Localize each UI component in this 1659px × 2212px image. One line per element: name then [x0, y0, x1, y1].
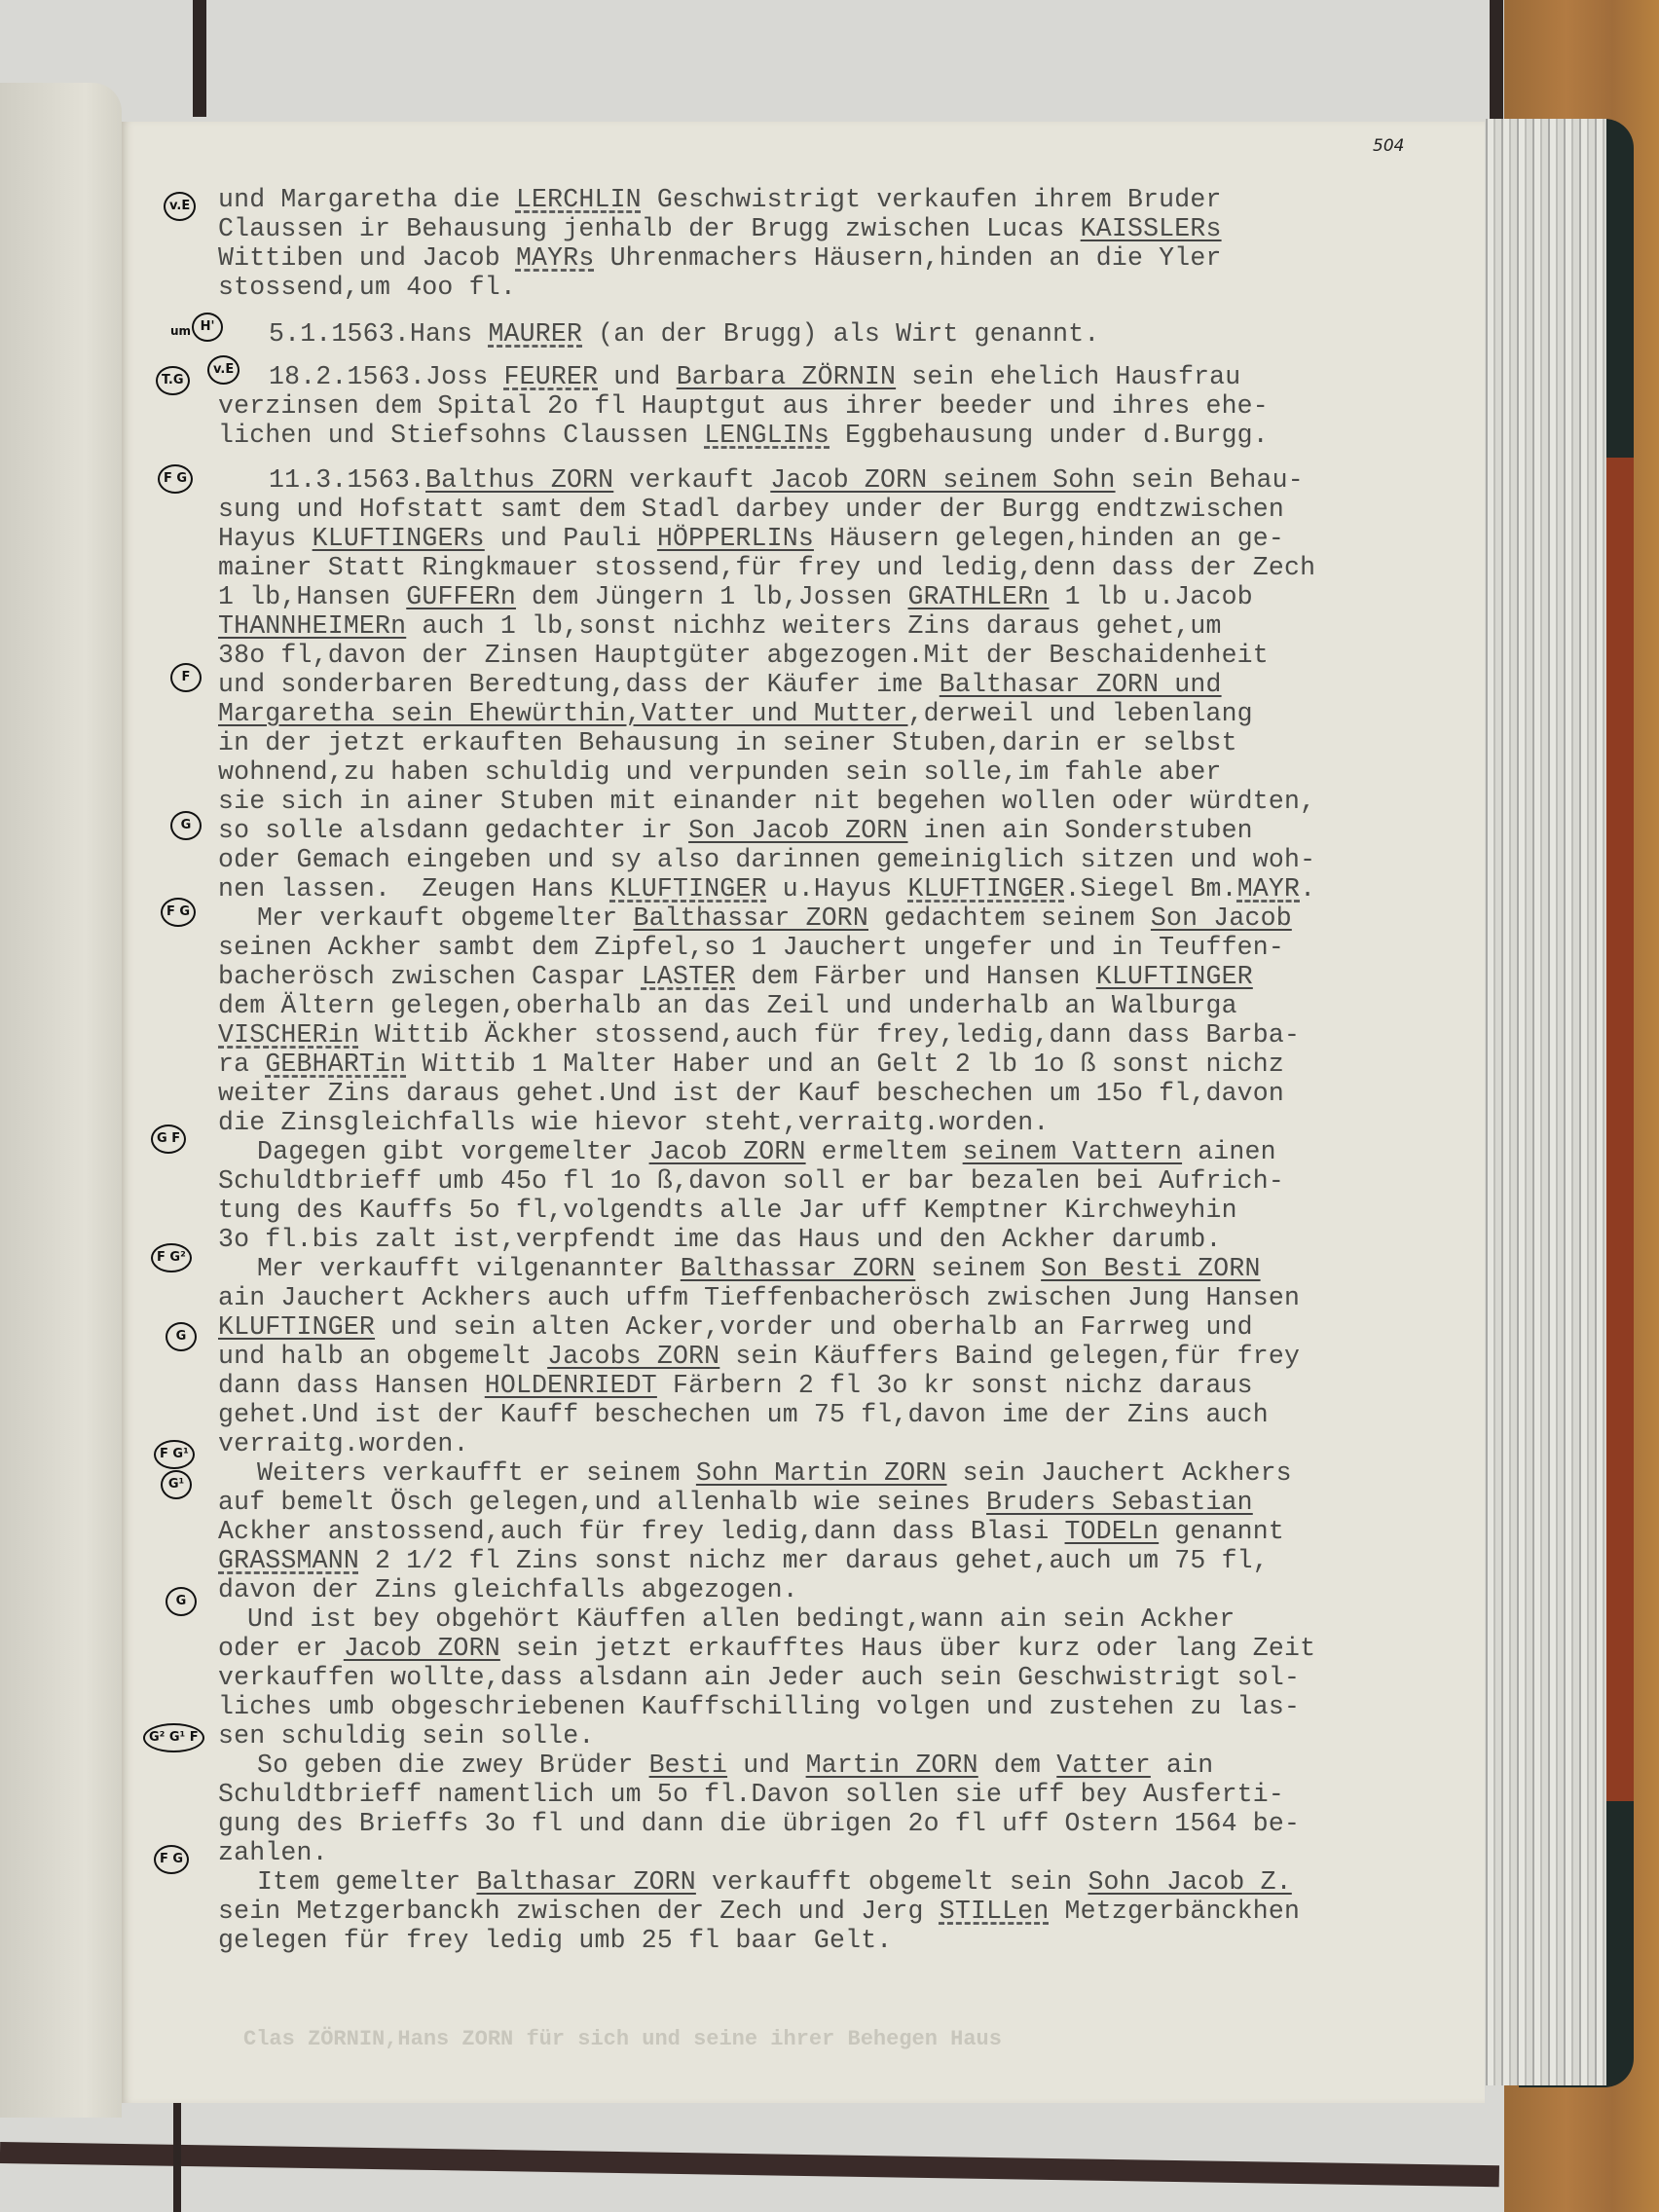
text-segment: Hayus: [218, 524, 313, 553]
underlined-name: Vatter: [1056, 1751, 1151, 1780]
text-segment: sein ehelich Hausfrau: [896, 362, 1240, 391]
underlined-name: THANNHEIMERn: [218, 611, 406, 641]
margin-annotation-mark: G F: [151, 1124, 186, 1154]
underlined-name: Besti: [649, 1751, 728, 1780]
text-segment: mainer Statt Ringkmauer stossend,für fre…: [218, 553, 1315, 582]
text-line: seinen Ackher sambt dem Zipfel,so 1 Jauc…: [218, 933, 1284, 962]
text-line: VISCHERin Wittib Äckher stossend,auch fü…: [218, 1020, 1300, 1050]
text-line: bacherösch zwischen Caspar LASTER dem Fä…: [218, 962, 1253, 991]
text-segment: ra: [218, 1050, 265, 1079]
book-cover-spine-label: [1606, 458, 1634, 1801]
text-segment: Und ist bey obgehört Käuffen allen bedin…: [247, 1604, 1235, 1634]
text-line: oder Gemach eingeben und sy also darinne…: [218, 845, 1315, 874]
left-page: [0, 83, 122, 2118]
text-line: sie sich in ainer Stuben mit einander ni…: [218, 787, 1315, 816]
text-line: 5.1.1563.Hans MAURER (an der Brugg) als …: [269, 319, 1099, 349]
margin-annotation-mark: F: [170, 663, 202, 692]
page-stack-edge: [1480, 119, 1606, 2085]
underlined-name: Martin ZORN: [806, 1751, 978, 1780]
text-segment: verzinsen dem Spital 2o fl Hauptgut aus …: [218, 391, 1269, 421]
text-segment: die Zinsgleichfalls wie hievor steht,ver…: [218, 1108, 1049, 1137]
text-line: stossend,um 4oo fl.: [218, 273, 516, 302]
text-line: Dagegen gibt vorgemelter Jacob ZORN erme…: [257, 1137, 1276, 1166]
margin-annotation-mark: F G¹: [154, 1440, 195, 1469]
underlined-name: Son Jacob: [1151, 903, 1292, 933]
underlined-name: Balthasar ZORN: [476, 1867, 695, 1897]
text-line: ain Jauchert Ackhers auch uffm Tieffenba…: [218, 1283, 1300, 1312]
text-line: Claussen ir Behausung jenhalb der Brugg …: [218, 214, 1222, 243]
text-segment: 3o fl.bis zalt ist,verpfendt ime das Hau…: [218, 1225, 1222, 1254]
text-line: 38o fl,davon der Zinsen Hauptgüter abgez…: [218, 641, 1269, 670]
text-segment: Ackher anstossend,auch für frey ledig,da…: [218, 1517, 1065, 1546]
underlined-name: TODELn: [1065, 1517, 1160, 1546]
text-line: Margaretha sein Ehewürthin,Vatter und Mu…: [218, 699, 1253, 728]
text-line: verkauffen wollte,dass alsdann ain Jeder…: [218, 1663, 1300, 1692]
text-line: Item gemelter Balthasar ZORN verkaufft o…: [257, 1867, 1292, 1897]
text-line: 18.2.1563.Joss FEURER und Barbara ZÖRNIN…: [269, 362, 1240, 391]
text-segment: bacherösch zwischen Caspar: [218, 962, 642, 991]
tile-grout: [193, 0, 206, 117]
underlined-name: Sohn Jacob Z.: [1088, 1867, 1291, 1897]
text-line: auf bemelt Ösch gelegen,und allenhalb wi…: [218, 1488, 1253, 1517]
margin-annotation-mark: G² G¹ F: [143, 1723, 204, 1752]
bleed-through-text: Clas ZÖRNIN,Hans ZORN für sich und seine…: [243, 2027, 1460, 2054]
underlined-name: GUFFERn: [406, 582, 516, 611]
text-line: Ackher anstossend,auch für frey ledig,da…: [218, 1517, 1284, 1546]
text-segment: 38o fl,davon der Zinsen Hauptgüter abgez…: [218, 641, 1269, 670]
tile-grout: [1490, 0, 1503, 127]
text-line: nen lassen. Zeugen Hans KLUFTINGER u.Hay…: [218, 874, 1315, 903]
text-segment: ermeltem: [806, 1137, 963, 1166]
text-segment: weiter Zins daraus gehet.Und ist der Kau…: [218, 1079, 1284, 1108]
margin-annotation-mark: F G: [154, 1845, 189, 1874]
underlined-name: Jacobs ZORN: [547, 1342, 719, 1371]
text-segment: Wittib Äckher stossend,auch für frey,led…: [359, 1020, 1300, 1050]
text-line: gelegen für frey ledig umb 25 fl baar Ge…: [218, 1926, 892, 1955]
underlined-name: Balthus ZORN: [425, 465, 613, 495]
margin-annotation-mark: G: [166, 1587, 197, 1616]
text-segment: und sein alten Acker,vorder und oberhalb…: [375, 1312, 1253, 1342]
underlined-name: FEURER: [504, 362, 599, 391]
underlined-name: Son Besti ZORN: [1041, 1254, 1260, 1283]
margin-annotation-mark: v.E: [207, 355, 240, 385]
text-line: 3o fl.bis zalt ist,verpfendt ime das Hau…: [218, 1225, 1222, 1254]
text-line: sein Metzgerbanckh zwischen der Zech und…: [218, 1897, 1300, 1926]
text-line: Weiters verkaufft er seinem Sohn Martin …: [257, 1458, 1292, 1488]
text-segment: sein Käuffers Baind gelegen,für frey: [719, 1342, 1300, 1371]
text-segment: oder er: [218, 1634, 344, 1663]
text-line: gung des Brieffs 3o fl und dann die übri…: [218, 1809, 1300, 1838]
text-line: weiter Zins daraus gehet.Und ist der Kau…: [218, 1079, 1284, 1108]
text-segment: Geschwistrigt verkaufen ihrem Bruder: [642, 185, 1222, 214]
text-segment: gedachtem seinem: [868, 903, 1151, 933]
text-segment: 18.2.1563.Joss: [269, 362, 504, 391]
underlined-name: HÖPPERLINs: [657, 524, 814, 553]
text-segment: und sonderbaren Beredtung,dass der Käufe…: [218, 670, 940, 699]
text-segment: seinem: [915, 1254, 1041, 1283]
text-segment: .Siegel Bm.: [1065, 874, 1237, 903]
text-segment: dann dass Hansen: [218, 1371, 485, 1400]
text-segment: (an der Brugg) als Wirt genannt.: [582, 319, 1099, 349]
text-line: sung und Hofstatt samt dem Stadl darbey …: [218, 495, 1284, 524]
text-segment: tung des Kauffs 5o fl,volgendts alle Jar…: [218, 1196, 1237, 1225]
underlined-name: Balthassar ZORN: [681, 1254, 916, 1283]
text-segment: sein jetzt erkaufftes Haus über kurz ode…: [500, 1634, 1315, 1663]
text-line: und halb an obgemelt Jacobs ZORN sein Kä…: [218, 1342, 1300, 1371]
text-line: gehet.Und ist der Kauff beschechen um 75…: [218, 1400, 1269, 1429]
underlined-name: GRATHLERn: [908, 582, 1050, 611]
text-segment: verraitg.worden.: [218, 1429, 469, 1458]
text-segment: .: [1300, 874, 1315, 903]
margin-annotation-mark: F G: [158, 464, 193, 494]
text-segment: Häusern gelegen,hinden an ge-: [814, 524, 1284, 553]
underlined-name: KLUFTINGER: [908, 874, 1065, 903]
text-segment: 1 lb,Hansen: [218, 582, 406, 611]
underlined-name: HOLDENRIEDT: [485, 1371, 657, 1400]
text-segment: Claussen ir Behausung jenhalb der Brugg …: [218, 214, 1081, 243]
text-line: Mer verkaufft vilgenannter Balthassar ZO…: [257, 1254, 1261, 1283]
text-line: KLUFTINGER und sein alten Acker,vorder u…: [218, 1312, 1253, 1342]
text-segment: so solle alsdann gedachter ir: [218, 816, 688, 845]
underlined-name: MAYR: [1237, 874, 1300, 903]
text-segment: Weiters verkaufft er seinem: [257, 1458, 696, 1488]
text-segment: dem: [978, 1751, 1057, 1780]
text-segment: verkauffen wollte,dass alsdann ain Jeder…: [218, 1663, 1300, 1692]
text-line: 1 lb,Hansen GUFFERn dem Jüngern 1 lb,Jos…: [218, 582, 1253, 611]
text-line: mainer Statt Ringkmauer stossend,für fre…: [218, 553, 1315, 582]
margin-annotation-mark: v.E: [164, 192, 196, 221]
text-line: und sonderbaren Beredtung,dass der Käufe…: [218, 670, 1222, 699]
text-line: zahlen.: [218, 1838, 328, 1867]
underlined-name: Balthassar ZORN: [633, 903, 868, 933]
text-segment: gehet.Und ist der Kauff beschechen um 75…: [218, 1400, 1269, 1429]
text-segment: liches umb obgeschriebenen Kauffschillin…: [218, 1692, 1300, 1721]
text-segment: dem Jüngern 1 lb,Jossen: [516, 582, 908, 611]
text-line: ra GEBHARTin Wittib 1 Malter Haber und a…: [218, 1050, 1284, 1079]
margin-annotation-mark: T.G: [156, 366, 190, 395]
text-segment: auf bemelt Ösch gelegen,und allenhalb wi…: [218, 1488, 986, 1517]
text-line: und Margaretha die LERCHLIN Geschwistrig…: [218, 185, 1222, 214]
text-segment: genannt: [1159, 1517, 1284, 1546]
underlined-name: Barbara ZÖRNIN: [677, 362, 896, 391]
text-segment: Item gemelter: [257, 1867, 476, 1897]
text-line: GRASSMANN 2 1/2 fl Zins sonst nichz mer …: [218, 1546, 1269, 1575]
text-segment: Metzgerbänckhen: [1049, 1897, 1300, 1926]
text-segment: Mer verkauft obgemelter: [257, 903, 633, 933]
margin-annotation-mark: um: [170, 324, 191, 338]
text-segment: sein Jauchert Ackhers: [947, 1458, 1292, 1488]
text-line: Schuldtbrieff namentlich um 5o fl.Davon …: [218, 1780, 1284, 1809]
text-segment: Wittiben und Jacob: [218, 243, 516, 273]
text-line: Mer verkauft obgemelter Balthassar ZORN …: [257, 903, 1292, 933]
text-line: THANNHEIMERn auch 1 lb,sonst nichhz weit…: [218, 611, 1222, 641]
text-segment: verkauft: [613, 465, 770, 495]
text-segment: in der jetzt erkauften Behausung in sein…: [218, 728, 1237, 757]
underlined-name: GEBHARTin: [265, 1050, 406, 1079]
text-segment: oder Gemach eingeben und sy also darinne…: [218, 845, 1315, 874]
underlined-name: Son Jacob ZORN: [688, 816, 907, 845]
text-segment: Eggbehausung under d.Burgg.: [829, 421, 1269, 450]
margin-annotation-mark: F G: [161, 898, 196, 927]
underlined-name: LENGLINs: [704, 421, 829, 450]
text-line: sen schuldig sein solle.: [218, 1721, 594, 1751]
text-segment: So geben die zwey Brüder: [257, 1751, 649, 1780]
text-line: Schuldtbrieff umb 45o fl 1o ß,davon soll…: [218, 1166, 1284, 1196]
tile-grout: [173, 2093, 181, 2212]
text-line: 11.3.1563.Balthus ZORN verkauft Jacob ZO…: [269, 465, 1304, 495]
text-segment: sie sich in ainer Stuben mit einander ni…: [218, 787, 1315, 816]
underlined-name: Balthasar ZORN und: [940, 670, 1222, 699]
text-line: wohnend,zu haben schuldig und verpunden …: [218, 757, 1222, 787]
text-segment: lichen und Stiefsohns Claussen: [218, 421, 704, 450]
underlined-name: KLUFTINGER: [610, 874, 767, 903]
text-line: davon der Zins gleichfalls abgezogen.: [218, 1575, 798, 1604]
underlined-name: KAISSLERs: [1081, 214, 1222, 243]
underlined-name: KLUFTINGER: [218, 1312, 375, 1342]
underlined-name: Jacob ZORN: [649, 1137, 806, 1166]
text-segment: gung des Brieffs 3o fl und dann die übri…: [218, 1809, 1300, 1838]
underlined-name: KLUFTINGER: [1096, 962, 1253, 991]
text-segment: seinen Ackher sambt dem Zipfel,so 1 Jauc…: [218, 933, 1284, 962]
text-line: in der jetzt erkauften Behausung in sein…: [218, 728, 1237, 757]
text-line: dem Ältern gelegen,oberhalb an das Zeil …: [218, 991, 1237, 1020]
text-line: dann dass Hansen HOLDENRIEDT Färbern 2 f…: [218, 1371, 1253, 1400]
text-segment: stossend,um 4oo fl.: [218, 273, 516, 302]
margin-annotation-mark: G: [166, 1322, 197, 1351]
text-segment: ,derweil und lebenlang: [908, 699, 1253, 728]
text-line: So geben die zwey Brüder Besti und Marti…: [257, 1751, 1213, 1780]
text-segment: inen ain Sonderstuben: [908, 816, 1253, 845]
underlined-name: MAURER: [488, 319, 582, 349]
underlined-name: MAYRs: [516, 243, 595, 273]
text-segment: und: [598, 362, 677, 391]
underlined-name: KLUFTINGERs: [313, 524, 485, 553]
text-segment: dem Ältern gelegen,oberhalb an das Zeil …: [218, 991, 1237, 1020]
text-segment: davon der Zins gleichfalls abgezogen.: [218, 1575, 798, 1604]
text-segment: ain: [1151, 1751, 1213, 1780]
text-segment: sein Behau-: [1116, 465, 1304, 495]
text-segment: und: [727, 1751, 806, 1780]
underlined-name: Jacob ZORN: [344, 1634, 500, 1663]
text-line: Hayus KLUFTINGERs und Pauli HÖPPERLINs H…: [218, 524, 1284, 553]
text-line: tung des Kauffs 5o fl,volgendts alle Jar…: [218, 1196, 1237, 1225]
text-segment: nen lassen. Zeugen Hans: [218, 874, 610, 903]
text-segment: und halb an obgemelt: [218, 1342, 547, 1371]
text-segment: Mer verkaufft vilgenannter: [257, 1254, 681, 1283]
text-segment: Dagegen gibt vorgemelter: [257, 1137, 649, 1166]
margin-annotation-mark: G¹: [161, 1470, 192, 1499]
text-line: lichen und Stiefsohns Claussen LENGLINs …: [218, 421, 1269, 450]
page-number: 504: [1373, 136, 1404, 156]
text-line: Und ist bey obgehört Käuffen allen bedin…: [247, 1604, 1235, 1634]
text-segment: und Margaretha die: [218, 185, 516, 214]
text-segment: dem Färber und Hansen: [735, 962, 1095, 991]
text-segment: zahlen.: [218, 1838, 328, 1867]
text-segment: Uhrenmachers Häusern,hinden an die Yler: [594, 243, 1221, 273]
text-line: verraitg.worden.: [218, 1429, 469, 1458]
text-line: verzinsen dem Spital 2o fl Hauptgut aus …: [218, 391, 1269, 421]
text-segment: 11.3.1563.: [269, 465, 425, 495]
text-segment: und Pauli: [485, 524, 657, 553]
text-segment: Wittib 1 Malter Haber und an Gelt 2 lb 1…: [406, 1050, 1284, 1079]
text-segment: sung und Hofstatt samt dem Stadl darbey …: [218, 495, 1284, 524]
underlined-name: GRASSMANN: [218, 1546, 359, 1575]
text-line: die Zinsgleichfalls wie hievor steht,ver…: [218, 1108, 1049, 1137]
text-segment: verkaufft obgemelt sein: [696, 1867, 1088, 1897]
text-line: so solle alsdann gedachter ir Son Jacob …: [218, 816, 1253, 845]
underlined-name: Jacob ZORN seinem Sohn: [770, 465, 1115, 495]
text-segment: u.Hayus: [767, 874, 908, 903]
margin-annotation-mark: G: [170, 811, 202, 840]
underlined-name: Margaretha sein Ehewürthin,Vatter und Mu…: [218, 699, 908, 728]
text-segment: auch 1 lb,sonst nichhz weiters Zins dara…: [406, 611, 1221, 641]
text-line: liches umb obgeschriebenen Kauffschillin…: [218, 1692, 1300, 1721]
text-segment: ainen: [1182, 1137, 1276, 1166]
text-segment: Färbern 2 fl 3o kr sonst nichz daraus: [657, 1371, 1253, 1400]
text-segment: 1 lb u.Jacob: [1049, 582, 1252, 611]
underlined-name: LASTER: [642, 962, 736, 991]
text-segment: sein Metzgerbanckh zwischen der Zech und…: [218, 1897, 940, 1926]
text-segment: 5.1.1563.Hans: [269, 319, 488, 349]
margin-annotation-mark: H': [192, 313, 223, 342]
text-segment: ain Jauchert Ackhers auch uffm Tieffenba…: [218, 1283, 1300, 1312]
text-segment: gelegen für frey ledig umb 25 fl baar Ge…: [218, 1926, 892, 1955]
text-line: Wittiben und Jacob MAYRs Uhrenmachers Hä…: [218, 243, 1222, 273]
underlined-name: LERCHLIN: [516, 185, 642, 214]
underlined-name: seinem Vattern: [963, 1137, 1182, 1166]
underlined-name: Bruders Sebastian: [986, 1488, 1253, 1517]
text-segment: Schuldtbrieff namentlich um 5o fl.Davon …: [218, 1780, 1284, 1809]
underlined-name: Sohn Martin ZORN: [696, 1458, 947, 1488]
text-segment: wohnend,zu haben schuldig und verpunden …: [218, 757, 1222, 787]
underlined-name: VISCHERin: [218, 1020, 359, 1050]
margin-annotation-mark: F G²: [151, 1243, 192, 1272]
text-segment: 2 1/2 fl Zins sonst nichz mer daraus geh…: [359, 1546, 1269, 1575]
text-segment: sen schuldig sein solle.: [218, 1721, 594, 1751]
text-segment: Schuldtbrieff umb 45o fl 1o ß,davon soll…: [218, 1166, 1284, 1196]
text-line: oder er Jacob ZORN sein jetzt erkaufftes…: [218, 1634, 1315, 1663]
underlined-name: STILLen: [940, 1897, 1050, 1926]
